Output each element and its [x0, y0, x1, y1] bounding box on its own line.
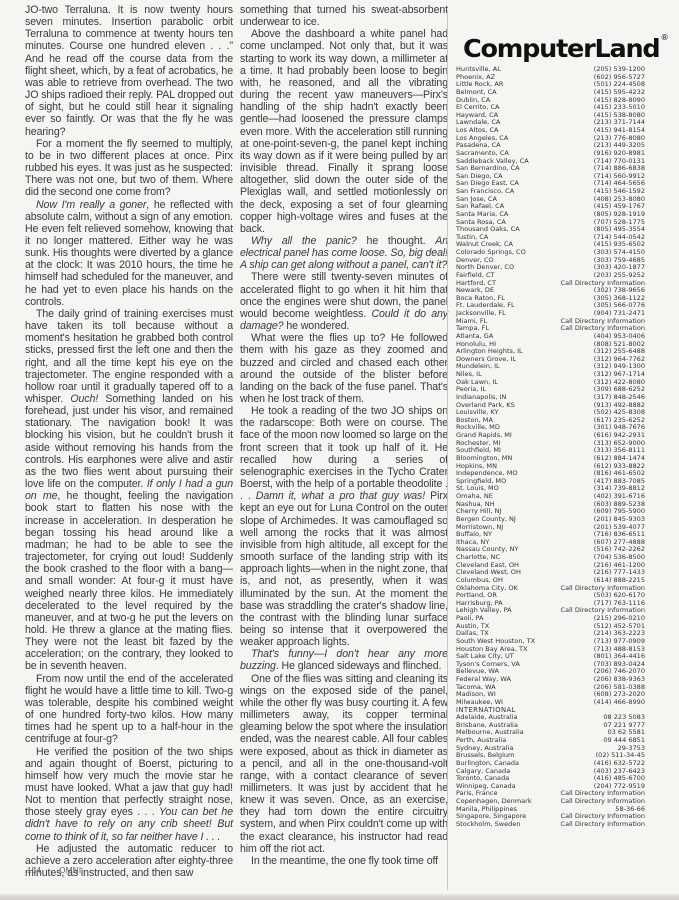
article-paragraph: The daily grind of training exercises mu…: [25, 308, 233, 673]
text-run: Above the dashboard a white panel had co…: [240, 28, 448, 235]
article-paragraph: Why all the panic? he thought. An electr…: [240, 235, 448, 271]
article-paragraph: For a moment the fly seemed to multiply,…: [25, 138, 233, 199]
article-paragraph: There were still twenty-seven minutes of…: [240, 271, 448, 332]
article-column-1: JO-two Terraluna. It is now twenty hours…: [25, 4, 233, 879]
text-run: something that turned his sweat-absorben…: [240, 4, 448, 28]
store-phone: (414) 466-8990: [594, 699, 645, 707]
page-bottom-edge: [0, 894, 679, 900]
italic-thought: Why all the panic?: [251, 235, 357, 247]
article-paragraph: Above the dashboard a white panel had co…: [240, 28, 448, 235]
page-footer: 154OMNI: [27, 866, 81, 875]
text-run: Pirx kept an eye out for Luna Control on…: [240, 490, 448, 648]
page-number: 154: [27, 866, 41, 875]
article-paragraph: From now until the end of the accelerate…: [25, 673, 233, 746]
article-paragraph: He took a reading of the two JO ships on…: [240, 405, 448, 648]
article-paragraph: One of the flies was sitting and cleanin…: [240, 673, 448, 855]
article-paragraph: What were the flies up to? He followed t…: [240, 332, 448, 405]
text-run: , he reflected with absolute calm, witho…: [25, 199, 233, 308]
text-run: he wondered.: [283, 320, 349, 332]
text-run: What were the flies up to? He followed t…: [240, 332, 448, 405]
store-phone: Call Directory Information: [561, 821, 645, 829]
domestic-store-list: Huntsville, AL(205) 539-1200Phoenix, AZ(…: [453, 66, 675, 707]
article-paragraph: That's funny—I don't hear any more buzzi…: [240, 648, 448, 672]
article-paragraph: He verified the position of the two ship…: [25, 746, 233, 843]
text-run: From now until the end of the accelerate…: [25, 673, 233, 746]
registered-mark: ®: [660, 33, 668, 42]
article-column-2: something that turned his sweat-absorben…: [240, 4, 448, 867]
article-paragraph: In the meantime, the one fly took time o…: [240, 855, 448, 867]
brand-name: ComputerLand: [463, 34, 659, 63]
article-paragraph: Now I'm really a goner, he reflected wit…: [25, 199, 233, 308]
italic-thought: Ouch!: [70, 393, 98, 405]
article-paragraph: something that turned his sweat-absorben…: [240, 4, 448, 28]
text-run: For a moment the fly seemed to multiply,…: [25, 138, 233, 199]
international-store-list: Adelaide, Australia08 223 5083Brisbane, …: [453, 714, 675, 828]
text-run: He took a reading of the two JO ships on…: [240, 405, 448, 502]
text-run: In the meantime, the one fly took time o…: [251, 855, 438, 867]
computerland-logo: ComputerLand®: [463, 36, 679, 63]
computerland-advertisement: ComputerLand® Huntsville, AL(205) 539-12…: [453, 36, 675, 829]
magazine-name: OMNI: [59, 866, 81, 875]
text-run: . He glanced sideways and flinched.: [276, 660, 442, 672]
text-run: JO-two Terraluna. It is now twenty hours…: [25, 4, 233, 138]
text-run: The daily grind of training exercises mu…: [25, 308, 233, 405]
italic-thought: Now I'm really a goner: [36, 199, 146, 211]
text-run: , he thought, feeling the navigation boo…: [25, 490, 233, 672]
text-run: Something landed on his forehead, just u…: [25, 393, 233, 490]
store-city: Stockholm, Sweden: [456, 821, 521, 829]
column-divider: [447, 10, 448, 890]
store-listing: Stockholm, SwedenCall Directory Informat…: [453, 821, 675, 829]
store-directory: Huntsville, AL(205) 539-1200Phoenix, AZ(…: [453, 66, 675, 829]
text-run: One of the flies was sitting and cleanin…: [240, 673, 448, 855]
article-paragraph: JO-two Terraluna. It is now twenty hours…: [25, 4, 233, 138]
italic-thought: Damn it, what a pro that guy was!: [256, 490, 425, 502]
text-run: he thought.: [357, 235, 436, 247]
